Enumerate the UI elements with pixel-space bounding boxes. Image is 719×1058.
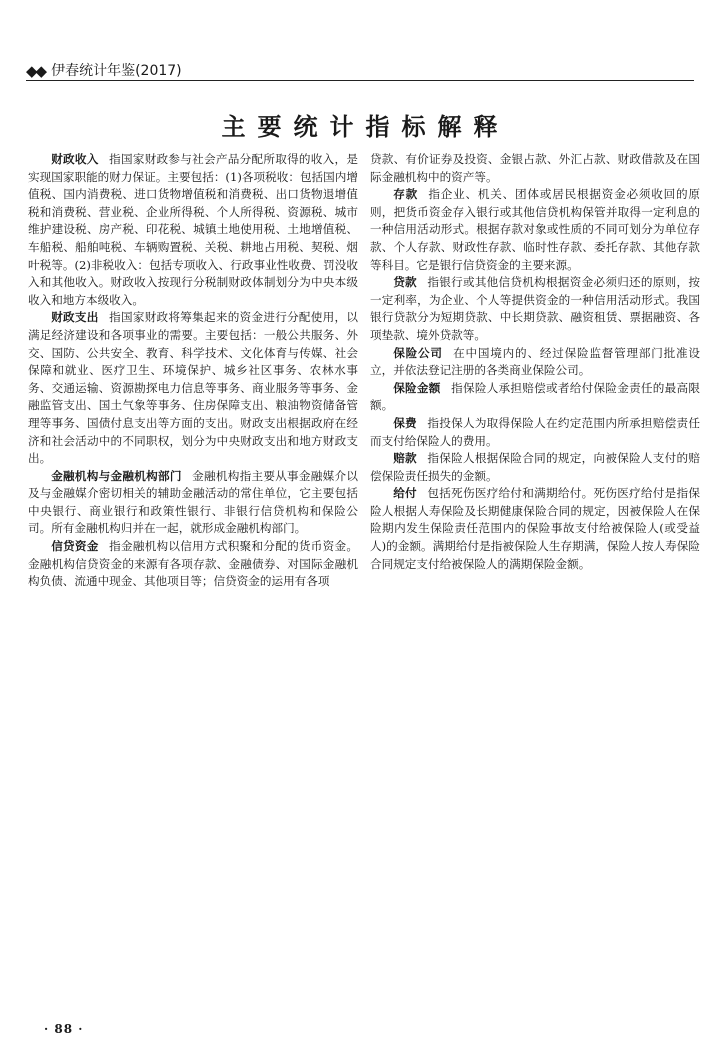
entry-text: 包括死伤医疗给付和满期给付。死伤医疗给付是指保险人根据人寿保险及长期健康保险合同… <box>370 486 700 570</box>
entry-insurance-company: 保险公司在中国境内的、经过保险监督管理部门批准设立，并依法登记注册的各类商业保险… <box>370 345 700 380</box>
running-head: ◆◆ 伊春统计年鉴(2017) <box>26 62 694 81</box>
entry-term: 金融机构与金融机构部门 <box>51 469 182 483</box>
entry-credit-funds: 信贷资金指金融机构以信用方式积聚和分配的货币资金。金融机构信贷资金的来源有各项存… <box>28 538 358 591</box>
entry-term: 贷款 <box>393 275 417 289</box>
entry-term: 保费 <box>393 416 417 430</box>
page-number: · 88 · <box>44 1022 83 1036</box>
entry-term: 保险公司 <box>393 346 443 360</box>
entry-text: 指企业、机关、团体或居民根据资金必须收回的原则，把货币资金存入银行或其他信贷机构… <box>370 187 700 271</box>
page-title: 主要统计指标解释 <box>0 112 719 142</box>
entry-fiscal-expenditure: 财政支出指国家财政将筹集起来的资金进行分配使用，以满足经济建设和各项事业的需要。… <box>28 309 358 467</box>
entry-loans: 贷款指银行或其他信贷机构根据资金必须归还的原则，按一定利率，为企业、个人等提供资… <box>370 274 700 344</box>
entry-term: 给付 <box>393 486 417 500</box>
entry-text: 指投保人为取得保险人在约定范围内所承担赔偿责任而支付给保险人的费用。 <box>370 416 700 448</box>
entry-benefits: 给付包括死伤医疗给付和满期给付。死伤医疗给付是指保险人根据人寿保险及长期健康保险… <box>370 485 700 573</box>
entry-credit-funds-continuation: 贷款、有价证券及投资、金银占款、外汇占款、财政借款及在国际金融机构中的资产等。 <box>370 151 700 186</box>
entry-deposits: 存款指企业、机关、团体或居民根据资金必须收回的原则，把货币资金存入银行或其他信贷… <box>370 186 700 274</box>
entry-premium: 保费指投保人为取得保险人在约定范围内所承担赔偿责任而支付给保险人的费用。 <box>370 415 700 450</box>
entry-term: 信贷资金 <box>51 539 98 553</box>
entry-claims: 赔款指保险人根据保险合同的规定，向被保险人支付的赔偿保险责任损失的金额。 <box>370 450 700 485</box>
book-title: 伊春统计年鉴(2017) <box>51 62 182 80</box>
entry-term: 赔款 <box>393 451 417 465</box>
right-column: 贷款、有价证券及投资、金银占款、外汇占款、财政借款及在国际金融机构中的资产等。 … <box>370 151 700 573</box>
entry-text: 指国家财政参与社会产品分配所取得的收入，是实现国家职能的财力保证。主要包括：(1… <box>28 152 358 307</box>
entry-term: 存款 <box>393 187 418 201</box>
diamond-ornament-icon: ◆◆ <box>26 62 45 80</box>
entry-financial-institutions: 金融机构与金融机构部门金融机构指主要从事金融媒介以及与金融媒介密切相关的辅助金融… <box>28 468 358 538</box>
entry-fiscal-revenue: 财政收入指国家财政参与社会产品分配所取得的收入，是实现国家职能的财力保证。主要包… <box>28 151 358 309</box>
entry-text: 指保险人根据保险合同的规定，向被保险人支付的赔偿保险责任损失的金额。 <box>370 451 700 483</box>
entry-term: 保险金额 <box>393 381 440 395</box>
entry-term: 财政支出 <box>51 310 98 324</box>
entry-text: 指银行或其他信贷机构根据资金必须归还的原则，按一定利率，为企业、个人等提供资金的… <box>370 275 700 342</box>
left-column: 财政收入指国家财政参与社会产品分配所取得的收入，是实现国家职能的财力保证。主要包… <box>28 151 358 591</box>
entry-term: 财政收入 <box>51 152 98 166</box>
entry-text: 指国家财政将筹集起来的资金进行分配使用，以满足经济建设和各项事业的需要。主要包括… <box>28 310 358 465</box>
entry-sum-insured: 保险金额指保险人承担赔偿或者给付保险金责任的最高限额。 <box>370 380 700 415</box>
